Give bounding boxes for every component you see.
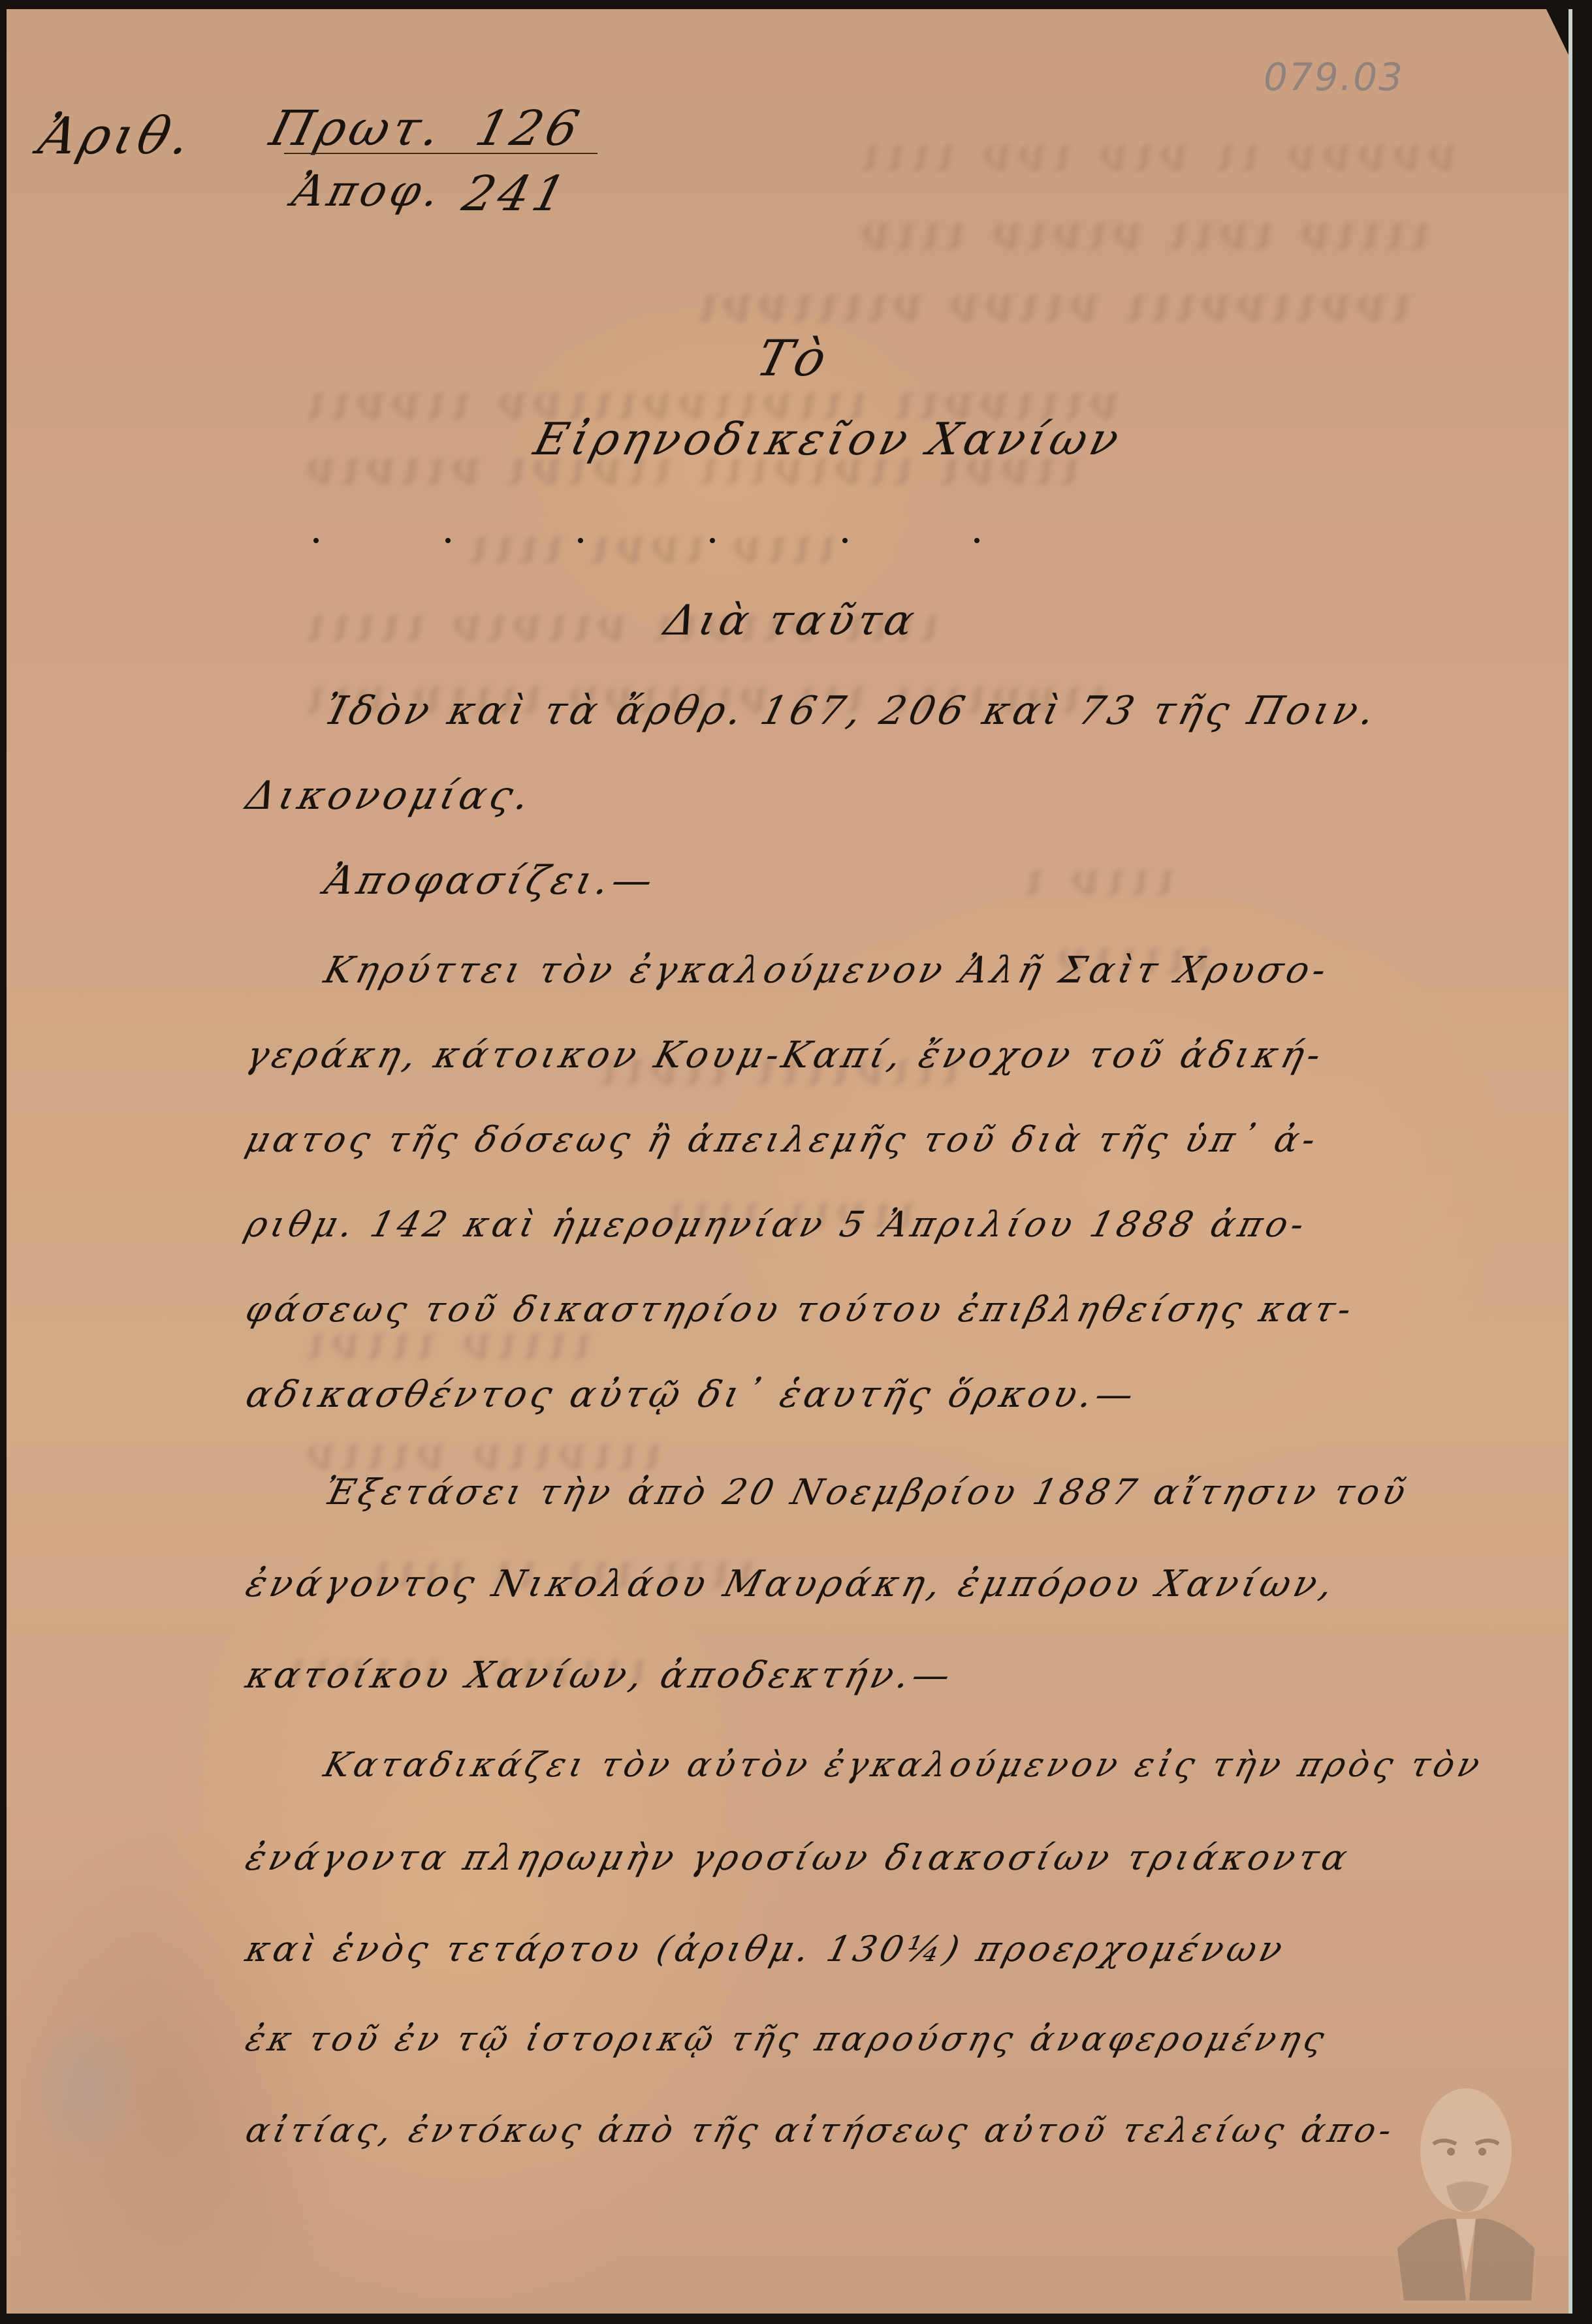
body-line: Κηρύττει τὸν ἐγκαλούμενον Ἀλῆ Σαὶτ Χρυσο… — [320, 949, 1334, 992]
bleed-through-text: ννννν ιι νιν ινν ιιιι — [849, 127, 1464, 181]
portrait-watermark-icon — [1391, 2079, 1541, 2300]
header-underline — [284, 153, 597, 154]
dot — [842, 538, 848, 543]
separator-dots — [313, 538, 979, 543]
body-line: αδικασθέντος αὐτῷ δι᾽ ἑαυτῆς ὅρκου.— — [242, 1374, 1141, 1416]
ref-label: Ἀριθ. — [33, 107, 200, 166]
protocol-number: 126 — [470, 101, 588, 157]
dot — [974, 538, 979, 543]
protocol-label: Πρωτ. — [264, 101, 450, 157]
bleed-through-text: ιιιν ι — [1012, 851, 1183, 906]
body-line: ἐνάγοντα πληρωμὴν γροσίων διακοσίων τριά… — [242, 1837, 1355, 1878]
body-line: Δικονομίας. — [242, 773, 538, 819]
body-line: κατοίκου Χανίων, ἀποδεκτήν.— — [242, 1654, 959, 1697]
dot — [578, 538, 583, 543]
body-line: φάσεως τοῦ δικαστηρίου τούτου ἐπιβληθείσ… — [242, 1289, 1360, 1330]
body-line: καὶ ἑνὸς τετάρτου (ἀριθμ. 130¼) προερχομ… — [242, 1928, 1290, 1970]
decision-label: Ἀποφ. — [287, 166, 449, 216]
body-line: Καταδικάζει τὸν αὐτὸν ἐγκαλούμενον εἰς τ… — [320, 1746, 1488, 1785]
bleed-through-text: ιννιιννιιι νιινν νιιιιννι — [686, 277, 1418, 332]
body-line: γεράκη, κάτοικον Κουμ-Καπί, ἔνοχον τοῦ ἀ… — [242, 1034, 1329, 1076]
decision-number: 241 — [457, 166, 575, 222]
document-page: ννννν ιι νιν ινν ιιιι ιιιιν ινιι νινιν ι… — [7, 9, 1572, 2314]
dot — [445, 538, 451, 543]
body-line: αἰτίας, ἐντόκως ἀπὸ τῆς αἰτήσεως αὐτοῦ τ… — [242, 2111, 1399, 2150]
body-line: Ἐξετάσει τὴν ἀπὸ 20 Νοεμβρίου 1887 αἴτησ… — [320, 1471, 1414, 1513]
dot — [710, 538, 715, 543]
heading-article: Τὸ — [751, 329, 836, 387]
dot — [313, 538, 319, 543]
section-label: Διὰ ταῦτα — [660, 597, 923, 645]
bleed-through-text: ιιιιν ινιι νινιν ιιιν — [849, 205, 1437, 260]
body-line: ἐνάγοντος Νικολάου Μαυράκη, ἐμπόρου Χανί… — [242, 1563, 1341, 1605]
body-line: ἐκ τοῦ ἐν τῷ ἱστορικῷ τῆς παρούσης ἀναφε… — [242, 2020, 1332, 2059]
body-line: Ἀποφασίζει.— — [320, 858, 661, 903]
body-line: Ἰδὸν καὶ τὰ ἄρθρ. 167, 206 καὶ 73 τῆς Πο… — [320, 688, 1384, 734]
bleed-through-text: ιιιν ιννι ιιιι — [457, 518, 844, 573]
court-name: Εἰρηνοδικεῖον Χανίων — [529, 414, 1128, 465]
body-line: ριθμ. 142 καὶ ἡμερομηνίαν 5 Ἀπριλίου 188… — [242, 1204, 1313, 1245]
torn-corner — [1546, 9, 1568, 55]
archive-number: 079.03 — [1264, 55, 1404, 99]
body-line: ματος τῆς δόσεως ἢ ἀπειλεμῆς τοῦ διὰ τῆς… — [242, 1119, 1324, 1160]
ink-stain — [20, 2007, 150, 2170]
